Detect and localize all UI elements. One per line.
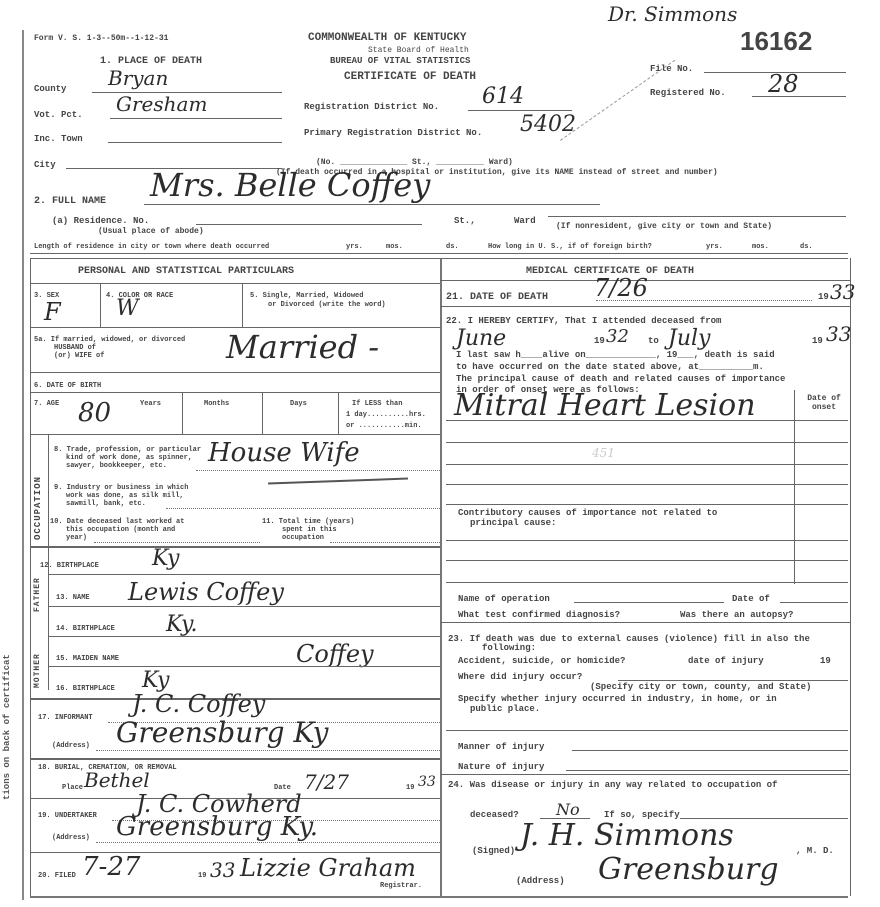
marital-label-1: 5. Single, Married, Widowed: [250, 292, 363, 300]
color-value[interactable]: W: [116, 296, 139, 321]
date-of-death-value[interactable]: 7/26: [594, 274, 648, 302]
birthplace-14-value[interactable]: Ky.: [166, 612, 198, 637]
margin-instructions-text: tions on back of certificat: [2, 654, 12, 800]
spouse-label-1: 5a. If married, widowed, or divorced: [34, 336, 185, 344]
nature-line: [566, 770, 848, 771]
last-worked-label-1: 10. Date deceased last worked at: [50, 518, 184, 526]
burial-year-prefix: 19: [406, 784, 414, 792]
last-worked-label-2: this occupation (month and: [66, 526, 175, 534]
certify-label: 22. I HEREBY CERTIFY, That I attended de…: [446, 316, 721, 326]
dotted-line: [94, 542, 260, 543]
date-of-death-year-prefix: 19: [818, 292, 829, 302]
divider: [48, 606, 440, 607]
principal-cause-text-1: The principal cause of death and related…: [456, 374, 785, 384]
ds-label: ds.: [446, 243, 459, 251]
registrar-signature[interactable]: Lizzie Graham: [240, 854, 416, 882]
industry-label-2: work was done, as silk mill,: [66, 492, 184, 500]
industry-label-1: 9. Industry or business in which: [54, 484, 188, 492]
yrs-label: yrs.: [346, 243, 363, 251]
date-of-death-label: 21. DATE OF DEATH: [446, 292, 548, 303]
principal-cause-value[interactable]: Mitral Heart Lesion: [454, 388, 756, 423]
mos-label-2: mos.: [752, 243, 769, 251]
cause-line-2: [446, 442, 848, 443]
occupation-related-text: 24. Was disease or injury in any way rel…: [448, 780, 777, 790]
trade-label-2: kind of work done, as spinner,: [66, 454, 192, 462]
age-value[interactable]: 80: [78, 398, 111, 428]
where-injury-label: Where did injury occur?: [458, 672, 582, 682]
county-value[interactable]: Bryan: [108, 66, 168, 90]
contributory-text-1: Contributory causes of importance not re…: [458, 508, 717, 518]
cause-line-5: [446, 504, 848, 505]
residence-sub: (Usual place of abode): [98, 227, 204, 236]
occupation-side-label: OCCUPATION: [33, 476, 43, 540]
total-time-label-1: 11. Total time (years): [262, 518, 354, 526]
divider: [30, 392, 440, 393]
inc-town-label: Inc. Town: [34, 134, 83, 144]
less-than-label-3: or ...........min.: [346, 422, 422, 430]
operation-label: Name of operation: [458, 594, 550, 604]
county-label: County: [34, 84, 66, 94]
cause-line-4: [446, 484, 848, 485]
left-box-border: [30, 258, 31, 898]
contributory-line-1: [446, 540, 848, 541]
date-of-death-year[interactable]: 33: [830, 280, 855, 304]
divider: [30, 372, 440, 373]
right-box-border: [850, 258, 851, 896]
registered-no-label: Registered No.: [650, 88, 726, 98]
attended-to-year-prefix: 19: [812, 336, 823, 346]
dotted-line: [96, 750, 440, 751]
stamp-number: 16162: [740, 26, 812, 57]
contributory-text-2: principal cause:: [470, 518, 556, 528]
birthplace-12-value[interactable]: Ky: [152, 546, 179, 571]
date-of-onset-label: Date of onset: [802, 394, 846, 412]
registration-district-line: [468, 110, 572, 111]
divider: [30, 758, 440, 760]
primary-registration-label: Primary Registration District No.: [304, 128, 482, 138]
personal-section-title: PERSONAL AND STATISTICAL PARTICULARS: [78, 266, 294, 277]
informant-value[interactable]: J. C. Coffey: [132, 690, 265, 718]
bureau-name: BUREAU OF VITAL STATISTICS: [330, 56, 470, 66]
mos-label: mos.: [386, 243, 403, 251]
pen-stroke-mark: [560, 60, 676, 142]
attended-from-value[interactable]: June: [456, 326, 506, 351]
to-label: to: [648, 336, 659, 346]
name-13-value[interactable]: Lewis Coffey: [128, 578, 284, 606]
divider: [182, 392, 183, 434]
where-line: [618, 680, 848, 681]
residence-line: [196, 224, 422, 225]
nonresident-note: (If nonresident, give city or town and S…: [556, 222, 772, 231]
divider: [440, 622, 850, 623]
injury-year-prefix: 19: [820, 656, 831, 666]
months-label: Months: [204, 400, 229, 408]
marital-label-2: or Divorced (write the word): [268, 301, 386, 309]
spouse-value[interactable]: Married -: [226, 328, 379, 366]
dotted-line: [96, 842, 440, 843]
column-divider: [440, 258, 442, 898]
divider: [30, 546, 440, 548]
father-side-label: FATHER: [33, 577, 42, 612]
vot-pct-label: Vot. Pct.: [34, 110, 83, 120]
last-worked-label-3: year): [66, 534, 87, 542]
filed-year-value[interactable]: 33: [210, 858, 235, 882]
total-time-label-2: spent in this: [282, 526, 337, 534]
trade-value[interactable]: House Wife: [208, 438, 360, 468]
deceased-label: deceased?: [470, 810, 519, 820]
less-than-label-2: 1 day..........hrs.: [346, 411, 426, 419]
vot-pct-value[interactable]: Gresham: [116, 92, 207, 116]
dob-label: 6. DATE OF BIRTH: [34, 382, 101, 390]
attended-from-year[interactable]: 32: [606, 326, 629, 347]
total-time-label-3: occupation: [282, 534, 324, 542]
informant-address-label: (Address): [52, 742, 90, 750]
form-number: Form V. S. 1-3--50m--1-12-31: [34, 34, 168, 43]
burial-date-value[interactable]: 7/27: [304, 770, 349, 794]
residence-label: (a) Residence. No.: [52, 216, 149, 226]
dotted-line: [330, 542, 440, 543]
full-name-line: [144, 204, 600, 205]
dotted-line: [166, 508, 440, 509]
deceased-value[interactable]: No: [556, 800, 580, 819]
dotted-line: [196, 470, 440, 471]
filed-label: 20. FILED: [38, 872, 76, 880]
cause-line-3: [446, 464, 848, 465]
md-label: , M. D.: [796, 846, 834, 856]
contributory-line-2: [446, 560, 848, 561]
residence-st: St.,: [454, 216, 476, 226]
industry-label-3: sawmill, bank, etc.: [66, 500, 146, 508]
maiden-15-label: 15. MAIDEN NAME: [56, 655, 119, 663]
last-saw-text: I last saw h____alive on_____________, 1…: [456, 350, 775, 360]
occurred-text: to have occurred on the date stated abov…: [456, 362, 764, 372]
residence-ward: Ward: [514, 216, 536, 226]
external-causes-text-2: following:: [482, 643, 536, 653]
accident-label: Accident, suicide, or homicide?: [458, 656, 625, 666]
divider: [262, 392, 263, 434]
burial-place-value[interactable]: Bethel: [84, 768, 150, 792]
undertaker-address-value[interactable]: Greensburg Ky.: [116, 812, 318, 842]
handwritten-note-top: Dr. Simmons: [608, 2, 737, 26]
days-label: Days: [290, 400, 307, 408]
birthplace-14-label: 14. BIRTHPLACE: [56, 625, 115, 633]
burial-year-value[interactable]: 33: [418, 774, 436, 790]
spouse-label-2: HUSBAND of: [54, 344, 96, 352]
form-bottom-line: [30, 896, 848, 898]
mother-side-label: MOTHER: [33, 653, 42, 688]
state-title: COMMONWEALTH OF KENTUCKY: [308, 32, 466, 44]
physician-address-label: (Address): [516, 876, 565, 886]
manner-line: [572, 750, 848, 751]
registration-district-value[interactable]: 614: [482, 84, 524, 109]
divider: [242, 283, 243, 327]
divider: [30, 434, 440, 435]
filed-year-prefix: 19: [198, 872, 206, 880]
specify-city-text: (Specify city or town, county, and State…: [590, 682, 811, 692]
specify-whether-text-2: public place.: [470, 704, 540, 714]
divider: [440, 306, 850, 307]
registered-no-value[interactable]: 28: [768, 70, 799, 98]
city-label: City: [34, 160, 56, 170]
full-name-label: 2. FULL NAME: [34, 196, 106, 207]
age-label: 7. AGE: [34, 400, 59, 408]
filed-date-value[interactable]: 7-27: [82, 852, 140, 882]
registered-no-line: [752, 96, 846, 97]
birthplace-12-label: 12. BIRTHPLACE: [40, 562, 99, 570]
operation-date-line: [780, 602, 848, 603]
left-border: [22, 30, 24, 900]
divider: [48, 666, 440, 667]
operation-line: [574, 602, 724, 603]
divider: [440, 774, 850, 775]
attended-from-year-prefix: 19: [594, 336, 605, 346]
specify-whether-text-1: Specify whether injury occurred in indus…: [458, 694, 777, 704]
inc-town-line: [108, 142, 282, 143]
sex-value[interactable]: F: [44, 298, 61, 326]
divider: [100, 283, 101, 327]
physician-signature[interactable]: J. H. Simmons: [520, 818, 734, 853]
sections-top-line: [30, 258, 848, 259]
trade-label-1: 8. Trade, profession, or particular: [54, 446, 201, 454]
injury-date-label: date of injury: [688, 656, 764, 666]
length-of-residence: Length of residence in city or town wher…: [34, 243, 269, 251]
ward-line: [548, 216, 846, 217]
contributory-line-3: [446, 582, 848, 583]
informant-label: 17. INFORMANT: [38, 714, 93, 722]
attended-to-year[interactable]: 33: [826, 322, 851, 346]
birthplace-16-label: 16. BIRTHPLACE: [56, 685, 115, 693]
full-name-value[interactable]: Mrs. Belle Coffey: [150, 166, 430, 204]
divider: [48, 636, 440, 637]
divider: [48, 574, 440, 575]
years-label: Years: [140, 400, 161, 408]
trade-label-3: sawyer, bookkeeper, etc.: [66, 462, 167, 470]
cause-line-1: [446, 420, 848, 421]
faint-mark: 451: [592, 446, 615, 460]
physician-address-value[interactable]: Greensburg: [598, 852, 779, 887]
name-13-label: 13. NAME: [56, 594, 90, 602]
test-label: What test confirmed diagnosis?: [458, 610, 620, 620]
nature-of-injury-label: Nature of injury: [458, 762, 544, 772]
less-than-label-1: If LESS than: [352, 400, 402, 408]
autopsy-label: Was there an autopsy?: [680, 610, 793, 620]
informant-address-value[interactable]: Greensburg Ky: [116, 716, 328, 749]
spouse-label-3: (or) WIFE of: [54, 352, 104, 360]
signed-label: (Signed): [472, 846, 515, 856]
undertaker-address-label: (Address): [52, 834, 90, 842]
how-long-us: How long in U. S., if of foreign birth?: [488, 243, 652, 251]
certificate-title: CERTIFICATE OF DEATH: [344, 71, 476, 83]
board-name: State Board of Health: [368, 46, 469, 55]
vot-pct-line: [110, 118, 282, 119]
divider: [338, 392, 339, 434]
operation-date-label: Date of: [732, 594, 770, 604]
manner-of-injury-label: Manner of injury: [458, 742, 544, 752]
registrar-label: Registrar.: [380, 882, 422, 890]
specify-line: [446, 730, 848, 731]
header-bottom-line: [30, 253, 848, 254]
divider: [48, 434, 49, 546]
attended-to-value[interactable]: July: [668, 326, 710, 351]
underline-stroke: [268, 478, 408, 485]
undertaker-label: 19. UNDERTAKER: [38, 812, 97, 820]
burial-place-label: Place: [62, 784, 83, 792]
divider: [30, 283, 440, 284]
yrs-label-2: yrs.: [706, 243, 723, 251]
registration-district-label: Registration District No.: [304, 102, 439, 112]
maiden-15-value[interactable]: Coffey: [296, 640, 374, 668]
ds-label-2: ds.: [800, 243, 813, 251]
